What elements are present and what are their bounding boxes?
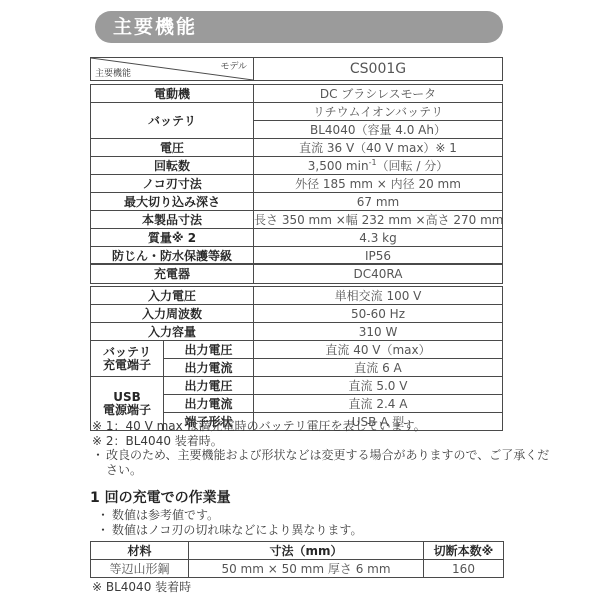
work-cell-count: 160 [424, 560, 504, 578]
spec-value: 長さ 350 mm ×幅 232 mm ×高さ 270 mm [254, 211, 503, 229]
spec-value: BL4040（容量 4.0 Ah） [254, 121, 503, 139]
footnote-2: ※ 2：BL4040 装着時。 [92, 434, 554, 449]
table-row: 電圧 直流 36 V（40 V max）※ 1 [91, 139, 503, 157]
list-item: ・ 数値は参考値です。 [97, 508, 527, 523]
charger-row-value: 直流 40 V（max） [254, 341, 503, 359]
spec-value: 3,500 min-1（回転 / 分） [254, 157, 503, 175]
charger-row-value: 50-60 Hz [254, 305, 503, 323]
charger-label: 充電器 [91, 264, 254, 284]
charger-model-value: DC40RA [254, 264, 503, 284]
table-row: 充電器 DC40RA [91, 264, 503, 284]
list-item: ・ 数値はノコ刃の切れ味などにより異なります。 [97, 523, 527, 538]
table-row: USB 電源端子 出力電圧 直流 5.0 V [91, 377, 503, 395]
table-row: 入力容量 310 W [91, 323, 503, 341]
footnote-1: ※ 1：40 V max は満充電時のバッテリ電圧を表しています。 [92, 419, 554, 434]
charger-row-label: 入力周波数 [91, 305, 254, 323]
corner-label-model: モデル [220, 59, 247, 72]
spec-label: ノコ刃寸法 [91, 175, 254, 193]
bullet-marker: ・ [97, 523, 112, 538]
charger-sub-label: 出力電圧 [164, 377, 254, 395]
charger-row-value: 直流 6 A [254, 359, 503, 377]
spec-value: IP56 [254, 247, 503, 265]
table-row: 本製品寸法 長さ 350 mm ×幅 232 mm ×高さ 270 mm [91, 211, 503, 229]
charger-header-table: 充電器 DC40RA [90, 263, 503, 284]
charger-sub-label: 出力電圧 [164, 341, 254, 359]
corner-label-features: 主要機能 [95, 66, 131, 79]
diagonal-corner-cell: モデル 主要機能 [91, 58, 254, 81]
charger-row-label: 入力電圧 [91, 287, 254, 305]
superscript: -1 [369, 158, 377, 167]
footnote-3: ・ 改良のため、主要機能および形状などは変更する場合がありますので、ご了承くださ… [92, 448, 554, 477]
spec-value: DC ブラシレスモータ [254, 85, 503, 103]
bullet-marker: ・ [92, 448, 106, 463]
spec-label: 質量※ 2 [91, 229, 254, 247]
column-header: 寸法（mm） [189, 542, 424, 560]
spec-label: 回転数 [91, 157, 254, 175]
spec-label: 電圧 [91, 139, 254, 157]
table-row: 入力電圧 単相交流 100 V [91, 287, 503, 305]
column-header: 切断本数※ [424, 542, 504, 560]
spec-value: 直流 36 V（40 V max）※ 1 [254, 139, 503, 157]
spec-label: 電動機 [91, 85, 254, 103]
table-row: バッテリ 充電端子 出力電圧 直流 40 V（max） [91, 341, 503, 359]
model-value: CS001G [254, 58, 503, 81]
battery-terminal-group-label: バッテリ 充電端子 [91, 341, 164, 377]
charger-table: 入力電圧 単相交流 100 V 入力周波数 50-60 Hz 入力容量 310 … [90, 286, 503, 431]
charger-sub-label: 出力電流 [164, 395, 254, 413]
table-row: ノコ刃寸法 外径 185 mm × 内径 20 mm [91, 175, 503, 193]
work-section-bullets: ・ 数値は参考値です。 ・ 数値はノコ刃の切れ味などにより異なります。 [97, 508, 527, 538]
table-row: 回転数 3,500 min-1（回転 / 分） [91, 157, 503, 175]
table-row: 最大切り込み深さ 67 mm [91, 193, 503, 211]
table-row: 入力周波数 50-60 Hz [91, 305, 503, 323]
table-row: 等辺山形鋼 50 mm × 50 mm 厚さ 6 mm 160 [91, 560, 504, 578]
charger-row-value: 直流 2.4 A [254, 395, 503, 413]
work-cell-material: 等辺山形鋼 [91, 560, 189, 578]
spec-table: 電動機 DC ブラシレスモータ バッテリ リチウムイオンバッテリ BL4040（… [90, 84, 503, 265]
spec-value: 外径 185 mm × 内径 20 mm [254, 175, 503, 193]
charger-row-label: 入力容量 [91, 323, 254, 341]
spec-value: リチウムイオンバッテリ [254, 103, 503, 121]
section-title: 主要機能 [113, 16, 197, 38]
work-table-footnote: ※ BL4040 装着時 [92, 578, 191, 595]
spec-label: バッテリ [91, 103, 254, 139]
footnotes: ※ 1：40 V max は満充電時のバッテリ電圧を表しています。 ※ 2：BL… [92, 419, 554, 477]
spec-label: 防じん・防水保護等級 [91, 247, 254, 265]
bullet-marker: ・ [97, 508, 112, 523]
spec-value: 4.3 kg [254, 229, 503, 247]
spec-label: 最大切り込み深さ [91, 193, 254, 211]
charger-row-value: 単相交流 100 V [254, 287, 503, 305]
table-row: 電動機 DC ブラシレスモータ [91, 85, 503, 103]
charger-row-value: 310 W [254, 323, 503, 341]
work-capacity-table: 材料 寸法（mm） 切断本数※ 等辺山形鋼 50 mm × 50 mm 厚さ 6… [90, 541, 504, 578]
table-row: 質量※ 2 4.3 kg [91, 229, 503, 247]
column-header: 材料 [91, 542, 189, 560]
spec-value: 67 mm [254, 193, 503, 211]
section-title-pill: 主要機能 [95, 11, 503, 43]
table-row: バッテリ リチウムイオンバッテリ [91, 103, 503, 121]
work-cell-size: 50 mm × 50 mm 厚さ 6 mm [189, 560, 424, 578]
charger-sub-label: 出力電流 [164, 359, 254, 377]
charger-row-value: 直流 5.0 V [254, 377, 503, 395]
spec-label: 本製品寸法 [91, 211, 254, 229]
table-header-row: 材料 寸法（mm） 切断本数※ [91, 542, 504, 560]
work-section-title: 1 回の充電での作業量 [90, 487, 231, 507]
table-row: 防じん・防水保護等級 IP56 [91, 247, 503, 265]
spec-model-header-table: モデル 主要機能 CS001G [90, 57, 503, 81]
